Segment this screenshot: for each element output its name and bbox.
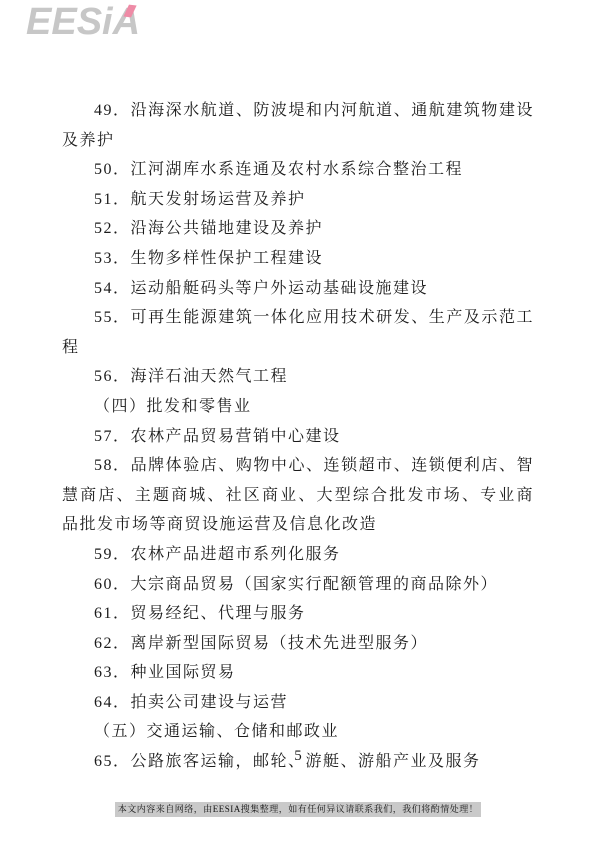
list-item-49: 49．沿海深水航道、防波堤和内河航道、通航建筑物建设及养护 [62,96,534,155]
list-item-53: 53．生物多样性保护工程建设 [62,244,534,274]
eesia-logo: EESiA [26,2,140,44]
list-item-62: 62．离岸新型国际贸易（技术先进型服务） [62,629,534,659]
list-item-60: 60．大宗商品贸易（国家实行配额管理的商品除外） [62,570,534,600]
footer-disclaimer-text: 本文内容来自网络，由EESIA搜集整理，如有任何异议请联系我们，我们将酌情处理！ [115,802,482,817]
list-item-58: 58．品牌体验店、购物中心、连锁超市、连锁便利店、智慧商店、主题商城、社区商业、… [62,451,534,540]
document-page: EESiA 49．沿海深水航道、防波堤和内河航道、通航建筑物建设及养护 50．江… [0,0,596,842]
list-item-54: 54．运动船艇码头等户外运动基础设施建设 [62,274,534,304]
list-item-55: 55．可再生能源建筑一体化应用技术研发、生产及示范工程 [62,303,534,362]
section-heading-transport-storage-postal: （五）交通运输、仓储和邮政业 [62,717,534,747]
list-item-63: 63．种业国际贸易 [62,658,534,688]
list-item-64: 64．拍卖公司建设与运营 [62,688,534,718]
list-item-56: 56．海洋石油天然气工程 [62,362,534,392]
list-item-59: 59．农林产品进超市系列化服务 [62,540,534,570]
page-footer: 本文内容来自网络，由EESIA搜集整理，如有任何异议请联系我们，我们将酌情处理！ [0,799,596,817]
list-item-52: 52．沿海公共锚地建设及养护 [62,214,534,244]
list-item-50: 50．江河湖库水系连通及农村水系综合整治工程 [62,155,534,185]
list-item-57: 57．农林产品贸易营销中心建设 [62,422,534,452]
eesia-logo-text: EESiA [26,1,140,43]
list-item-61: 61．贸易经纪、代理与服务 [62,599,534,629]
document-body: 49．沿海深水航道、防波堤和内河航道、通航建筑物建设及养护 50．江河湖库水系连… [62,96,534,777]
list-item-51: 51．航天发射场运营及养护 [62,185,534,215]
page-number: 5 [62,748,534,765]
section-heading-wholesale-retail: （四）批发和零售业 [62,392,534,422]
